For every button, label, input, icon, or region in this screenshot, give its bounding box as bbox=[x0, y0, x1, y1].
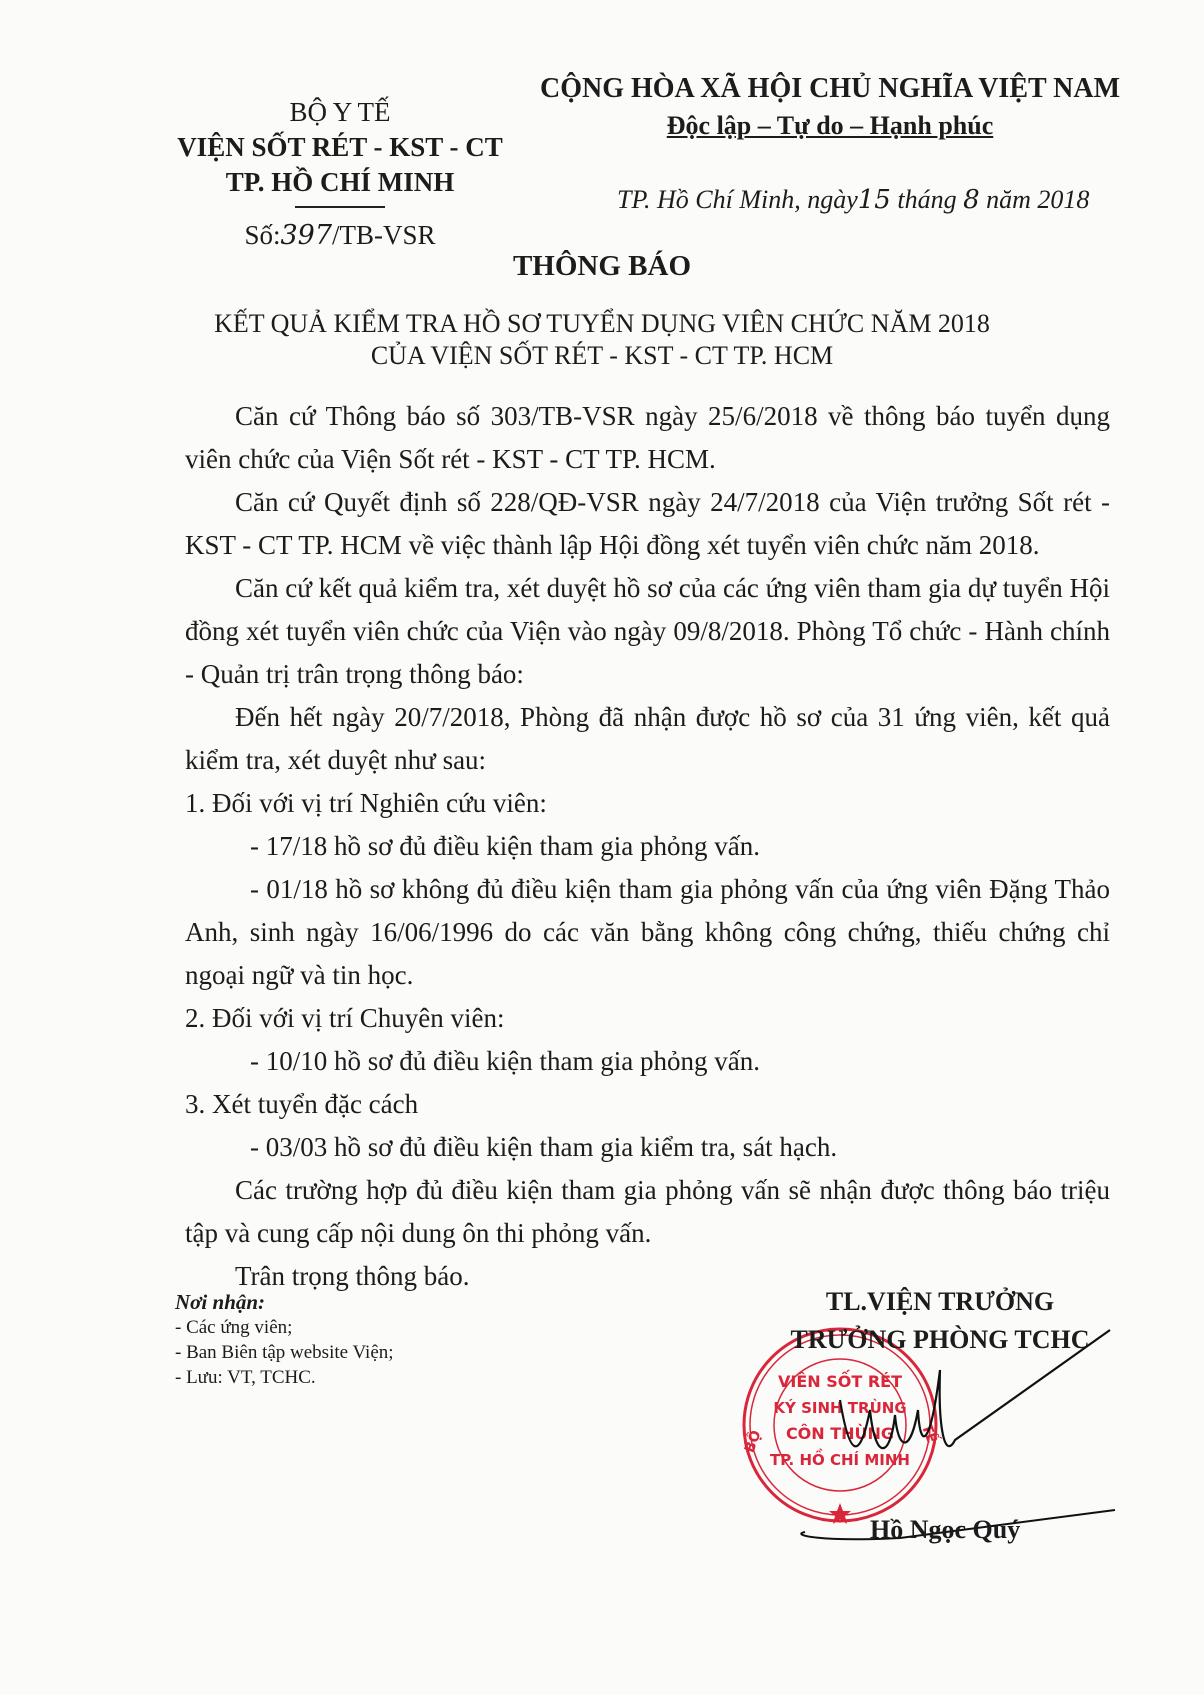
institute-name-line1: VIỆN SỐT RÉT - KST - CT bbox=[160, 130, 520, 165]
document-body: Căn cứ Thông báo số 303/TB-VSR ngày 25/6… bbox=[185, 395, 1110, 1298]
paragraph-notice: Các trường hợp đủ điều kiện tham gia phỏ… bbox=[185, 1169, 1110, 1255]
recipient-item: - Lưu: VT, TCHC. bbox=[175, 1365, 394, 1390]
paragraph-basis-2: Căn cứ Quyết định số 228/QĐ-VSR ngày 24/… bbox=[185, 481, 1110, 567]
document-subtitle: KẾT QUẢ KIỂM TRA HỒ SƠ TUYỂN DỤNG VIÊN C… bbox=[0, 308, 1204, 372]
document-title: THÔNG BÁO bbox=[0, 250, 1204, 283]
section-2-item-1: - 10/10 hồ sơ đủ điều kiện tham gia phỏn… bbox=[185, 1040, 1110, 1083]
section-1-item-1: - 17/18 hồ sơ đủ điều kiện tham gia phỏn… bbox=[185, 825, 1110, 868]
signer-name: Hồ Ngọc Quý bbox=[870, 1515, 1020, 1545]
paragraph-basis-3: Căn cứ kết quả kiểm tra, xét duyệt hồ sơ… bbox=[185, 567, 1110, 696]
national-header: CỘNG HÒA XÃ HỘI CHỦ NGHĨA VIỆT NAM Độc l… bbox=[540, 70, 1120, 144]
recipient-item: - Các ứng viên; bbox=[175, 1315, 394, 1340]
issuer-block: BỘ Y TẾ VIỆN SỐT RÉT - KST - CT TP. HỒ C… bbox=[160, 95, 520, 253]
document-number-handwritten: 397 bbox=[280, 220, 332, 251]
recipient-item: - Ban Biên tập website Viện; bbox=[175, 1340, 394, 1365]
national-motto: Độc lập – Tự do – Hạnh phúc bbox=[540, 107, 1120, 144]
date-day-handwritten: 15 bbox=[858, 185, 891, 215]
paragraph-summary: Đến hết ngày 20/7/2018, Phòng đã nhận đư… bbox=[185, 696, 1110, 782]
institute-name-line2: TP. HỒ CHÍ MINH bbox=[160, 165, 520, 200]
place-and-date: TP. Hồ Chí Minh, ngày15 tháng 8 năm 2018 bbox=[617, 185, 1089, 215]
document-number: Số:397/TB-VSR bbox=[160, 218, 520, 253]
section-1-item-2: - 01/18 hồ sơ không đủ điều kiện tham gi… bbox=[185, 868, 1110, 997]
section-heading-3: 3. Xét tuyển đặc cách bbox=[185, 1083, 1110, 1126]
section-heading-2: 2. Đối với vị trí Chuyên viên: bbox=[185, 997, 1110, 1040]
recipients-heading: Nơi nhận: bbox=[175, 1290, 394, 1315]
recipients-block: Nơi nhận: - Các ứng viên; - Ban Biên tập… bbox=[175, 1290, 394, 1390]
section-3-item-1: - 03/03 hồ sơ đủ điều kiện tham gia kiểm… bbox=[185, 1126, 1110, 1169]
header-divider bbox=[295, 206, 385, 208]
ministry-name: BỘ Y TẾ bbox=[160, 95, 520, 130]
date-month-handwritten: 8 bbox=[963, 185, 980, 215]
country-name: CỘNG HÒA XÃ HỘI CHỦ NGHĨA VIỆT NAM bbox=[540, 70, 1120, 107]
paragraph-basis-1: Căn cứ Thông báo số 303/TB-VSR ngày 25/6… bbox=[185, 395, 1110, 481]
section-heading-1: 1. Đối với vị trí Nghiên cứu viên: bbox=[185, 782, 1110, 825]
